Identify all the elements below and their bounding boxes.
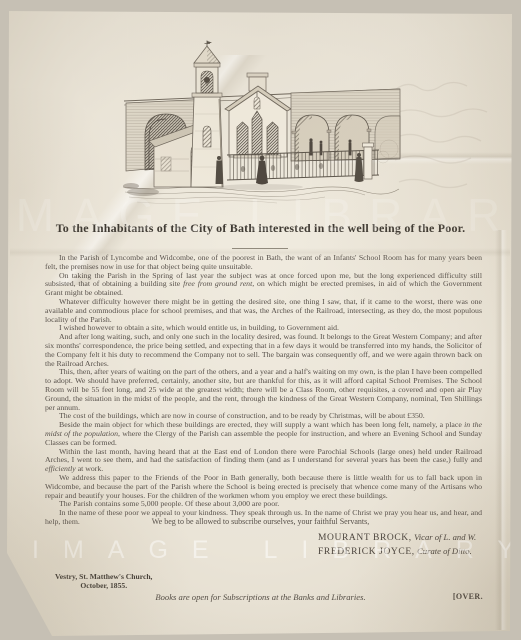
paper-sheet: To the Inhabitants of the City of Bath i… <box>0 0 521 640</box>
vestry-dateline: Vestry, St. Matthew's Church, October, 1… <box>55 572 152 590</box>
paragraph: On taking the Parish in the Spring of la… <box>45 272 482 298</box>
bell <box>204 77 210 83</box>
text-run: Whatever difficulty however there might … <box>45 297 482 324</box>
text-run: And after long waiting, such, and only o… <box>45 332 482 367</box>
signature-block: MOURANT BROCK, Vicar of L. and W. FREDER… <box>318 531 476 558</box>
fold-crease <box>495 230 507 630</box>
text-run: The Parish contains some 5,000 people. O… <box>59 499 279 508</box>
over-label: [OVER. <box>453 592 483 601</box>
text-run: We address this paper to the Friends of … <box>45 473 482 500</box>
text-run: This, then, after years of waiting on th… <box>45 367 482 411</box>
paragraph: This, then, after years of waiting on th… <box>45 368 482 412</box>
text-run: Within the last month, having heard that… <box>45 447 482 465</box>
paragraph: We address this paper to the Friends of … <box>45 474 482 500</box>
paragraph: Within the last month, having heard that… <box>45 448 482 474</box>
engraving-illustration <box>121 39 403 211</box>
paragraph: Beside the main object for which these b… <box>45 421 482 447</box>
text-run: at work. <box>76 464 104 473</box>
ink-show-through <box>385 62 515 222</box>
paragraph: Whatever difficulty however there might … <box>45 298 482 324</box>
signatory-name: MOURANT BROCK, <box>318 533 412 543</box>
signature-line: FREDERICK JOYCE, Curate of Ditto. <box>318 545 476 559</box>
school-building <box>225 73 291 158</box>
signature-line: MOURANT BROCK, Vicar of L. and W. <box>318 531 476 545</box>
vestry-date: October, 1855. <box>55 581 152 590</box>
paragraph: In the Parish of Lyncombe and Widcombe, … <box>45 254 482 272</box>
paragraph: And after long waiting, such, and only o… <box>45 333 482 368</box>
text-run: I wished however to obtain a site, which… <box>59 323 339 332</box>
subscriptions-notice: Books are open for Subscriptions at the … <box>0 592 521 602</box>
vestry-place: Vestry, St. Matthew's Church, <box>55 572 152 581</box>
gate-pier <box>363 143 374 147</box>
italic-phrase: efficiently <box>45 464 76 473</box>
signatory-role: Curate of Ditto. <box>417 546 472 556</box>
document-title: To the Inhabitants of the City of Bath i… <box>0 221 521 236</box>
text-run: The cost of the buildings, which are now… <box>59 411 425 420</box>
signatory-name: FREDERICK JOYCE, <box>318 547 415 557</box>
scanned-document-photo: To the Inhabitants of the City of Bath i… <box>0 0 521 640</box>
body-paragraphs: In the Parish of Lyncombe and Widcombe, … <box>45 254 482 527</box>
text-run: Beside the main object for which these b… <box>59 420 464 429</box>
closing-line: We beg to be allowed to subscribe oursel… <box>0 517 521 526</box>
text-run: In the Parish of Lyncombe and Widcombe, … <box>45 253 482 271</box>
signatory-role: Vicar of L. and W. <box>414 532 476 542</box>
italic-phrase: free from ground rent <box>183 279 252 288</box>
title-divider <box>232 248 288 249</box>
